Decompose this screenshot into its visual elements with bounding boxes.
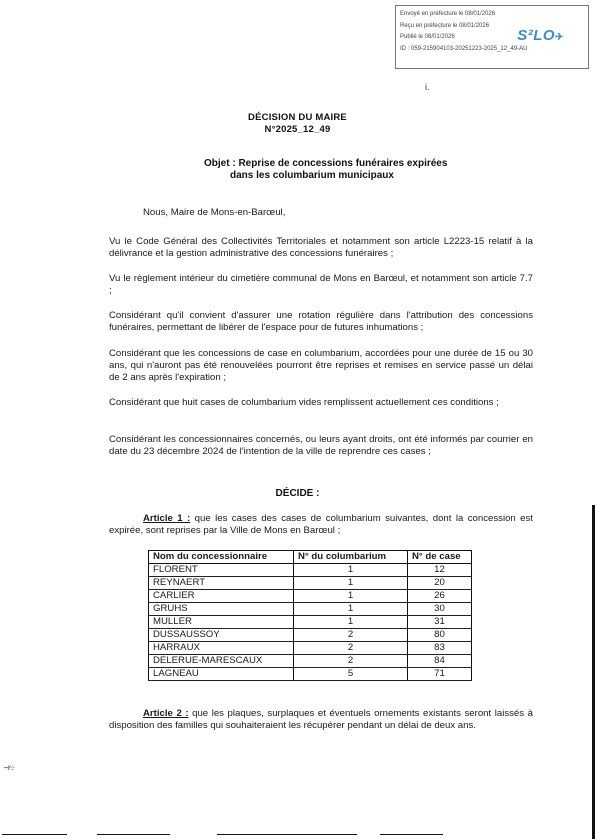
cell-columbarium: 2 bbox=[294, 655, 408, 668]
footer-rule bbox=[2, 834, 67, 835]
stamp-sent: Envoyé en préfecture le 08/01/2026 bbox=[400, 9, 584, 21]
cell-name: DELERUE-MARESCAUX bbox=[149, 655, 294, 668]
decision-number: N°2025_12_49 bbox=[0, 124, 595, 135]
stamp-id: ID : 059-215904103-20251223-2025_12_49-A… bbox=[400, 44, 584, 56]
table-row: FLORENT112 bbox=[149, 564, 472, 577]
table-row: DUSSAUSSOY280 bbox=[149, 629, 472, 642]
cell-columbarium: 1 bbox=[294, 590, 408, 603]
cell-name: HARRAUX bbox=[149, 642, 294, 655]
article-2: Article 2 : que les plaques, surplaques … bbox=[109, 708, 533, 732]
header-case: N° de case bbox=[408, 551, 472, 564]
scan-scribble: ·-·r·:· bbox=[3, 763, 14, 772]
cell-columbarium: 2 bbox=[294, 629, 408, 642]
cell-columbarium: 1 bbox=[294, 577, 408, 590]
cell-columbarium: 1 bbox=[294, 616, 408, 629]
cell-name: GRUHS bbox=[149, 603, 294, 616]
considerant-2: Vu le règlement intérieur du cimetière c… bbox=[109, 273, 533, 297]
decision-title: DÉCISION DU MAIRE bbox=[0, 112, 595, 123]
table-row: GRUHS130 bbox=[149, 603, 472, 616]
decide-heading: DÉCIDE : bbox=[0, 488, 595, 499]
considerant-1: Vu le Code Général des Collectivités Ter… bbox=[109, 236, 533, 260]
table-row: LAGNEAU571 bbox=[149, 668, 472, 681]
scan-mark: i. bbox=[425, 82, 430, 92]
cell-case: 30 bbox=[408, 603, 472, 616]
cell-case: 83 bbox=[408, 642, 472, 655]
cell-case: 84 bbox=[408, 655, 472, 668]
considerant-5: Considérant que huit cases de columbariu… bbox=[109, 397, 533, 409]
plane-icon: ✈ bbox=[555, 32, 564, 43]
cell-name: MULLER bbox=[149, 616, 294, 629]
cell-case: 80 bbox=[408, 629, 472, 642]
article-1-label: Article 1 : bbox=[143, 513, 190, 524]
concessions-table: Nom du concessionnaire N° du columbarium… bbox=[148, 550, 472, 681]
article-1: Article 1 : que les cases des cases de c… bbox=[109, 513, 533, 537]
intro-text: Nous, Maire de Mons-en-Barœul, bbox=[143, 207, 443, 219]
cell-case: 20 bbox=[408, 577, 472, 590]
cell-name: REYNAERT bbox=[149, 577, 294, 590]
table-row: MULLER131 bbox=[149, 616, 472, 629]
cell-case: 12 bbox=[408, 564, 472, 577]
footer-rule bbox=[97, 834, 170, 835]
cell-name: CARLIER bbox=[149, 590, 294, 603]
s2lo-logo: S²LO✈ bbox=[517, 30, 564, 44]
article-2-label: Article 2 : bbox=[143, 708, 189, 719]
table-header-row: Nom du concessionnaire N° du columbarium… bbox=[149, 551, 472, 564]
cell-case: 71 bbox=[408, 668, 472, 681]
cell-name: FLORENT bbox=[149, 564, 294, 577]
objet-line-1: Objet : Reprise de concessions funéraire… bbox=[204, 158, 447, 170]
cell-columbarium: 1 bbox=[294, 603, 408, 616]
footer-rule bbox=[380, 834, 443, 835]
cell-case: 31 bbox=[408, 616, 472, 629]
header-name: Nom du concessionnaire bbox=[149, 551, 294, 564]
cell-columbarium: 1 bbox=[294, 564, 408, 577]
table-row: DELERUE-MARESCAUX284 bbox=[149, 655, 472, 668]
cell-columbarium: 5 bbox=[294, 668, 408, 681]
table-row: CARLIER126 bbox=[149, 590, 472, 603]
table-row: HARRAUX283 bbox=[149, 642, 472, 655]
objet-line-2: dans les columbarium municipaux bbox=[230, 170, 394, 182]
footer-rule bbox=[217, 834, 357, 835]
cell-columbarium: 2 bbox=[294, 642, 408, 655]
table-row: REYNAERT120 bbox=[149, 577, 472, 590]
cell-name: LAGNEAU bbox=[149, 668, 294, 681]
considerant-6: Considérant les concessionnaires concern… bbox=[109, 434, 533, 458]
cell-name: DUSSAUSSOY bbox=[149, 629, 294, 642]
header-columbarium: N° du columbarium bbox=[294, 551, 408, 564]
cell-case: 26 bbox=[408, 590, 472, 603]
considerant-3: Considérant qu'il convient d'assurer une… bbox=[109, 310, 533, 334]
considerant-4: Considérant que les concessions de case … bbox=[109, 348, 533, 385]
prefecture-stamp: Envoyé en préfecture le 08/01/2026 Reçu … bbox=[395, 5, 589, 69]
